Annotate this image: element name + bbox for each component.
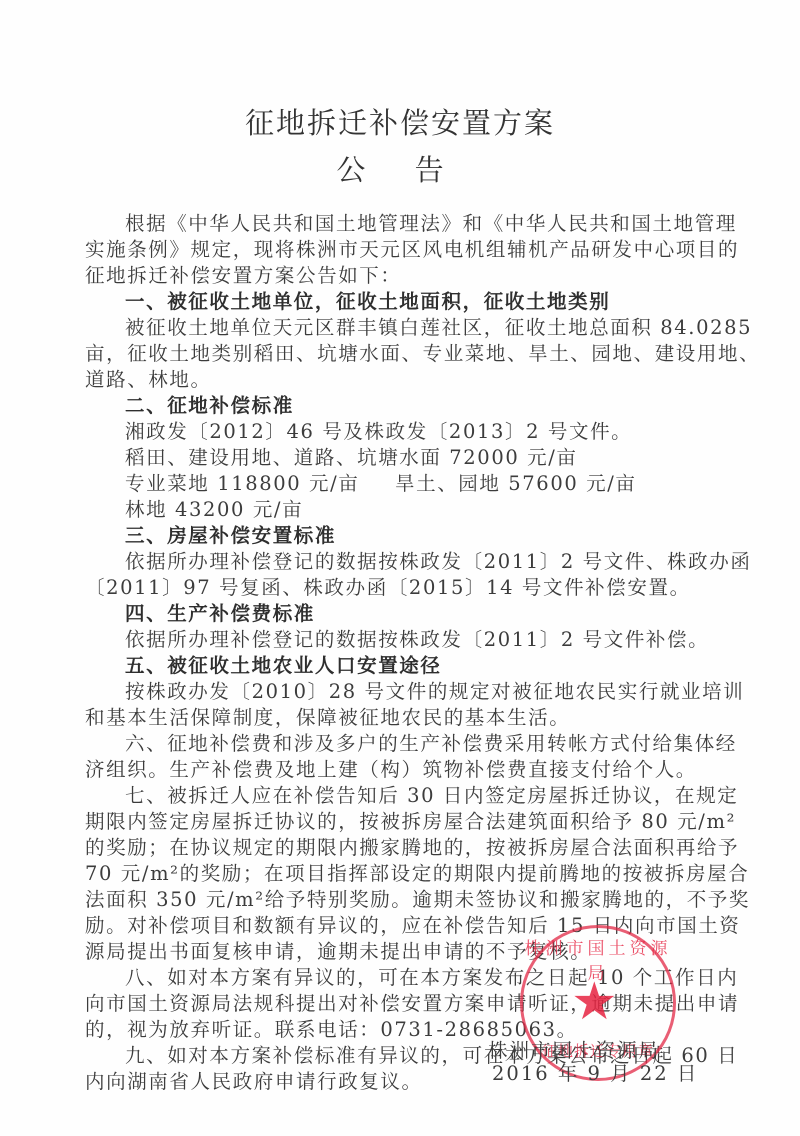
- paragraph-line: 期限内签定房屋拆迁协议的，按被拆房屋合法建筑面积给予 80 元/m²: [85, 806, 736, 834]
- paragraph-line: 湘政发〔2012〕46 号及株政发〔2013〕2 号文件。: [125, 416, 632, 444]
- section-heading-5: 五、被征收土地农业人口安置途径: [125, 650, 442, 678]
- paragraph-line: 道路、林地。: [85, 364, 212, 392]
- paragraph-line: 根据《中华人民共和国土地管理法》和《中华人民共和国土地管理: [125, 208, 737, 236]
- rate-line: 林地 43200 元/亩: [125, 494, 303, 522]
- paragraph-line: 70 元/m²的奖励；在项目指挥部设定的期限内提前腾地的按被拆房屋合: [85, 858, 749, 886]
- paragraph-line: 被征收土地单位天元区群丰镇白莲社区，征收土地总面积 84.0285: [125, 312, 752, 340]
- paragraph-line: 法面积 350 元/m²给予特别奖励。逾期未签协议和搬家腾地的，不予奖: [85, 884, 750, 912]
- paragraph-line: 〔2011〕97 号复函、株政办函〔2015〕14 号文件补偿安置。: [85, 572, 691, 600]
- section-heading-3: 三、房屋补偿安置标准: [125, 520, 336, 548]
- document-subtitle: 公 告: [0, 148, 800, 189]
- rate-line: 旱土、园地 57600 元/亩: [395, 468, 637, 496]
- paragraph-line: 实施条例》规定，现将株洲市天元区风电机组辅机产品研发中心项目的: [85, 234, 739, 262]
- section-7-line: 七、被拆迁人应在补偿告知后 30 日内签定房屋拆迁协议，在规定: [125, 780, 738, 808]
- paragraph-line: 济组织。生产补偿费及地上建（构）筑物补偿费直接支付给个人。: [85, 754, 697, 782]
- section-6-line: 六、征地补偿费和涉及多户的生产补偿费采用转帐方式付给集体经: [125, 728, 737, 756]
- paragraph-line: 的奖励；在协议规定的期限内搬家腾地的，按被拆房屋合法面积再给予: [85, 832, 739, 860]
- paragraph-line: 源局提出书面复核申请，逾期未提出申请的不予复核。: [85, 936, 591, 964]
- section-heading-2: 二、征地补偿标准: [125, 390, 294, 418]
- rate-line: 专业菜地 118800 元/亩: [125, 468, 359, 496]
- paragraph-line: 内向湖南省人民政府申请行政复议。: [85, 1066, 423, 1094]
- section-heading-1: 一、被征收土地单位，征收土地面积，征收土地类别: [125, 286, 610, 314]
- paragraph-line: 依据所办理补偿登记的数据按株政发〔2011〕2 号文件、株政办函: [125, 546, 751, 574]
- paragraph-line: 征地拆迁补偿安置方案公告如下：: [85, 260, 402, 288]
- section-heading-4: 四、生产补偿费标准: [125, 598, 315, 626]
- paragraph-line: 按株政办发〔2010〕28 号文件的规定对被征地农民实行就业培训: [125, 676, 744, 704]
- rate-line: 稻田、建设用地、道路、坑塘水面 72000 元/亩: [125, 442, 578, 470]
- paragraph-line: 和基本生活保障制度，保障被征地农民的基本生活。: [85, 702, 570, 730]
- document-title: 征地拆迁补偿安置方案: [0, 101, 800, 142]
- paragraph-line: 依据所办理补偿登记的数据按株政发〔2011〕2 号文件补偿。: [125, 624, 709, 652]
- document-page: 征地拆迁补偿安置方案 公 告 根据《中华人民共和国土地管理法》和《中华人民共和国…: [0, 0, 800, 1136]
- paragraph-line: 亩，征收土地类别稻田、坑塘水面、专业菜地、旱土、园地、建设用地、: [85, 338, 760, 366]
- issue-date: 2016 年 9 月 22 日: [492, 1058, 698, 1086]
- star-icon: ★: [571, 976, 618, 1028]
